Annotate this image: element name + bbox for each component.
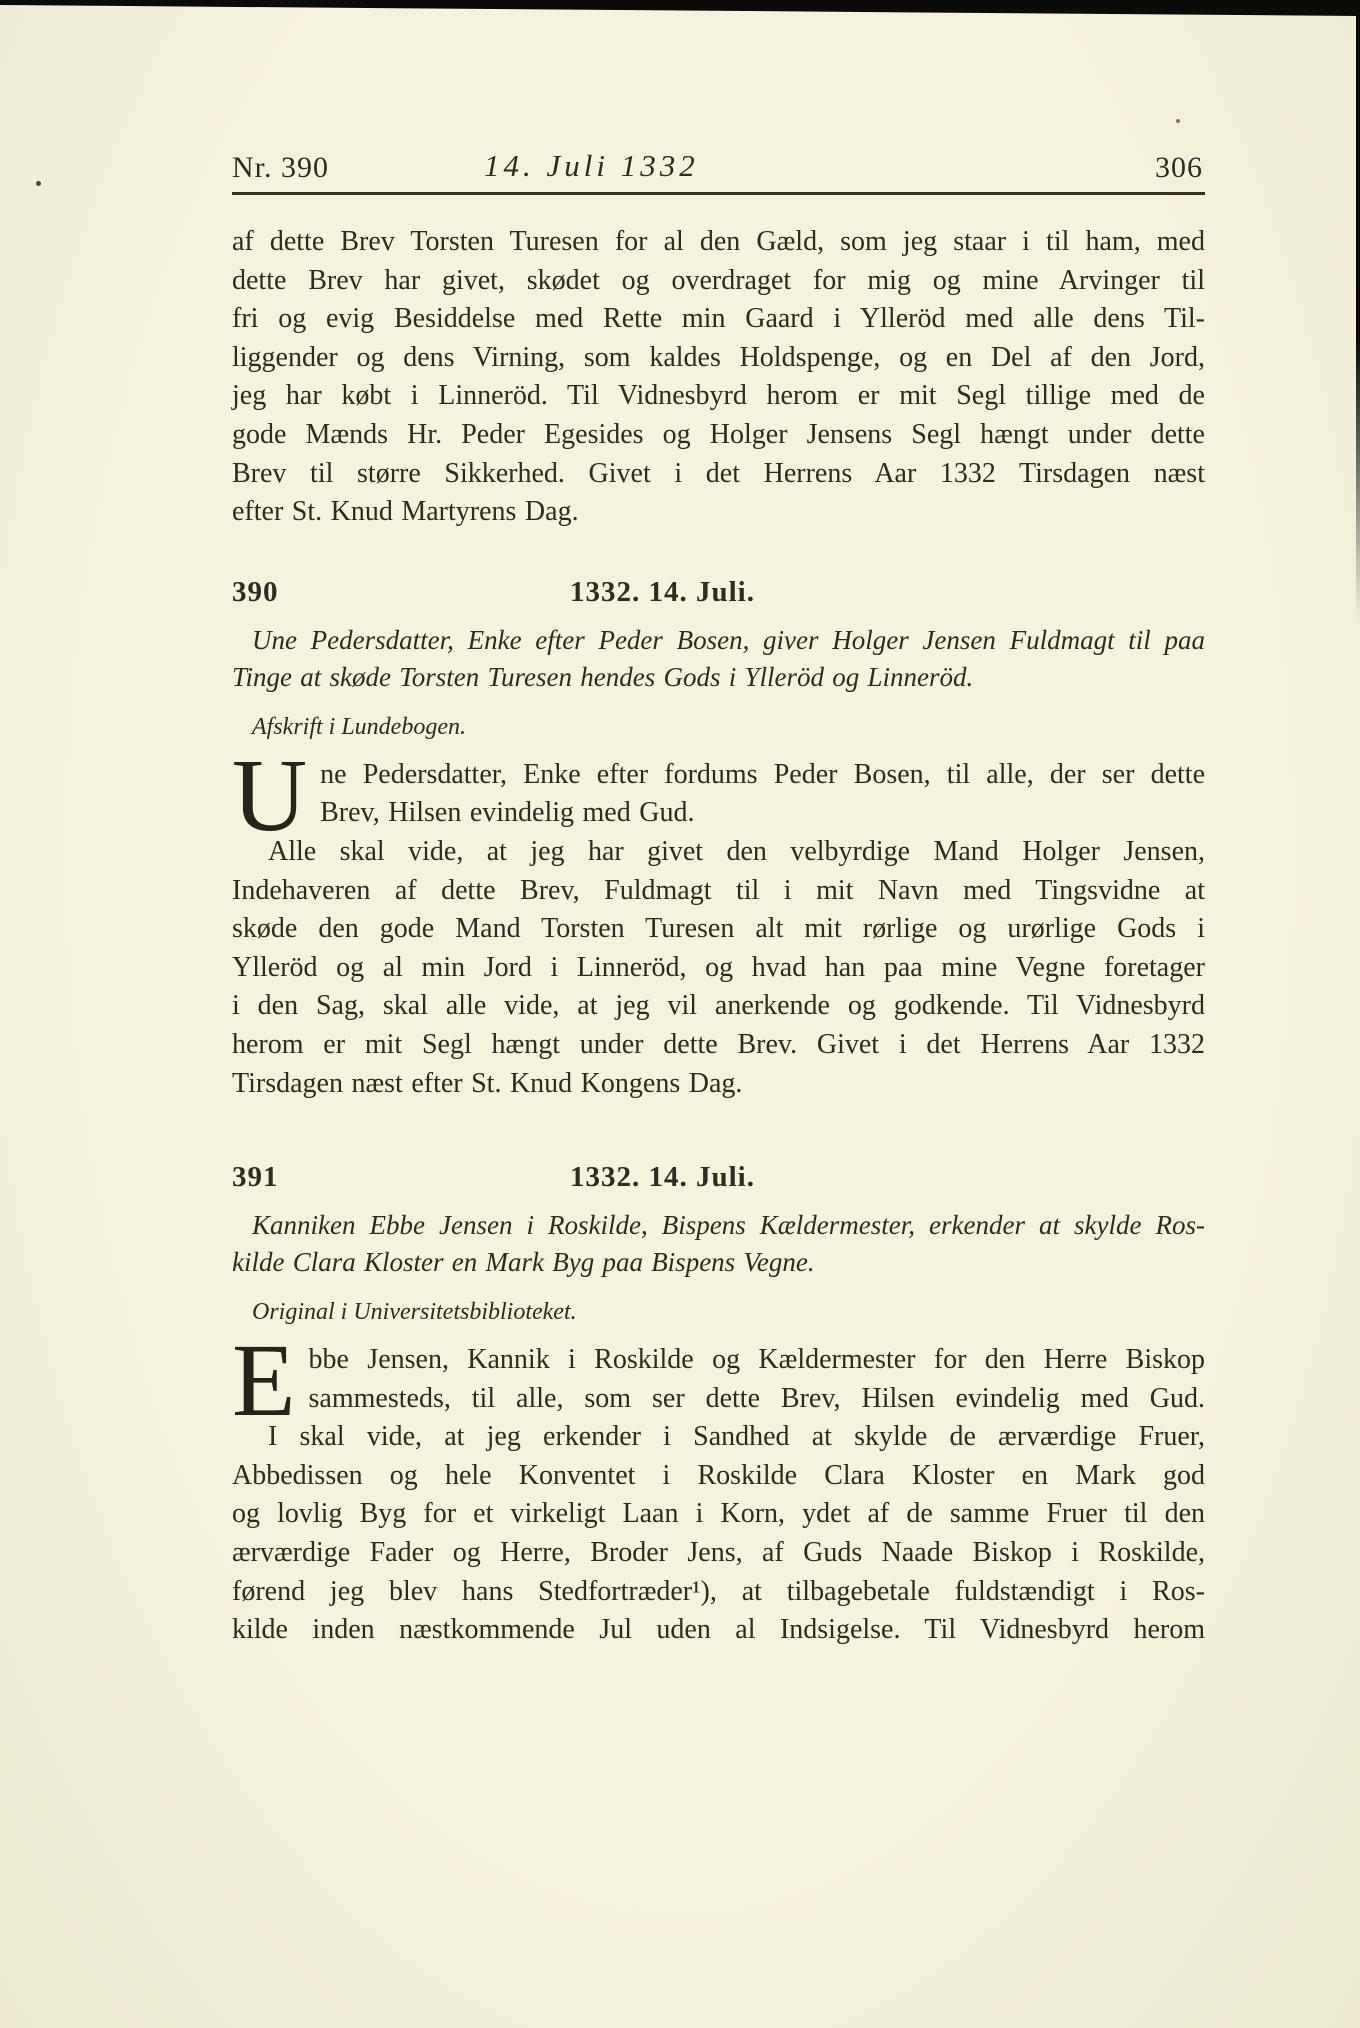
- text-line: sammesteds, til alle, som ser dette Brev…: [232, 1380, 1205, 1419]
- text-line: Alle skal vide, at jeg har givet den vel…: [232, 833, 1205, 872]
- scan-edge-top: [0, 0, 1360, 18]
- entry-390-opening-lines: ne Pedersdatter, Enke efter fordums Pede…: [232, 756, 1205, 833]
- text-line: i den Sag, skal alle vide, at jeg vil an…: [232, 987, 1205, 1026]
- text-line: Brev, Hilsen evindelig med Gud.: [232, 794, 1205, 833]
- entry-391-paragraph: I skal vide, at jeg erkender i Sandhed a…: [232, 1418, 1205, 1650]
- entry-391-regest: Kanniken Ebbe Jensen i Roskilde, Bispens…: [232, 1207, 1205, 1281]
- entry-390-heading: 390 1332. 14. Juli.: [232, 574, 1205, 612]
- text-column: Nr. 390 14. Juli 1332 306 af dette Brev …: [232, 152, 1205, 1650]
- page-number: 306: [1155, 152, 1203, 184]
- entry-390-body: U ne Pedersdatter, Enke efter fordums Pe…: [232, 756, 1205, 1103]
- text-line: herom er mit Segl hængt under dette Brev…: [232, 1026, 1205, 1065]
- running-head-entry-number: Nr. 390: [232, 152, 329, 184]
- text-line: Tirsdagen næst efter St. Knud Kongens Da…: [232, 1065, 1205, 1104]
- text-line: liggender og dens Virning, som kaldes Ho…: [232, 339, 1205, 378]
- text-line: gode Mænds Hr. Peder Egesides og Holger …: [232, 416, 1205, 455]
- entry-391-source-note: Original i Universitetsbiblioteket.: [232, 1297, 1205, 1327]
- entry-391-number: 391: [232, 1159, 279, 1195]
- text-line: Ylleröd og al min Jord i Linneröd, og hv…: [232, 949, 1205, 988]
- text-line: ne Pedersdatter, Enke efter fordums Pede…: [232, 756, 1205, 795]
- text-line: førend jeg blev hans Stedfortræder¹), at…: [232, 1573, 1205, 1612]
- entry-391-body: E bbe Jensen, Kannik i Roskilde og Kælde…: [232, 1341, 1205, 1650]
- text-line: skøde den gode Mand Torsten Turesen alt …: [232, 910, 1205, 949]
- text-line: kilde inden næstkommende Jul uden al Ind…: [232, 1611, 1205, 1650]
- entry-391-heading: 391 1332. 14. Juli.: [232, 1159, 1205, 1197]
- scanned-book-page: Nr. 390 14. Juli 1332 306 af dette Brev …: [0, 0, 1360, 2028]
- text-line: Brev til større Sikkerhed. Givet i det H…: [232, 455, 1205, 494]
- drop-cap-U: U: [232, 759, 307, 833]
- text-line: af dette Brev Torsten Turesen for al den…: [232, 223, 1205, 262]
- text-line: jeg har købt i Linneröd. Til Vidnesbyrd …: [232, 377, 1205, 416]
- text-line: Indehaveren af dette Brev, Fuldmagt til …: [232, 872, 1205, 911]
- paper-speck: [1176, 119, 1180, 123]
- paper-speck: [36, 181, 41, 186]
- text-line: Kanniken Ebbe Jensen i Roskilde, Bispens…: [232, 1207, 1205, 1244]
- text-line: efter St. Knud Martyrens Dag.: [232, 493, 1205, 532]
- text-line: og lovlig Byg for et virkeligt Laan i Ko…: [232, 1495, 1205, 1534]
- text-line: ærværdige Fader og Herre, Broder Jens, a…: [232, 1534, 1205, 1573]
- entry-391-opening-lines: bbe Jensen, Kannik i Roskilde og Kælderm…: [232, 1341, 1205, 1418]
- text-line: Abbedissen og hele Konventet i Roskilde …: [232, 1457, 1205, 1496]
- text-line: I skal vide, at jeg erkender i Sandhed a…: [232, 1418, 1205, 1457]
- text-line: Tinge at skøde Torsten Turesen hendes Go…: [232, 659, 1205, 696]
- entry-391-opening: E bbe Jensen, Kannik i Roskilde og Kælde…: [232, 1341, 1205, 1418]
- drop-cap-E: E: [232, 1344, 296, 1418]
- entry-391-date: 1332. 14. Juli.: [232, 1159, 1205, 1195]
- text-line: kilde Clara Kloster en Mark Byg paa Bisp…: [232, 1244, 1205, 1281]
- entry-390-number: 390: [232, 574, 279, 610]
- running-head: Nr. 390 14. Juli 1332 306: [232, 152, 1205, 195]
- entry-390-opening: U ne Pedersdatter, Enke efter fordums Pe…: [232, 756, 1205, 833]
- entry-390-regest: Une Pedersdatter, Enke efter Peder Bosen…: [232, 622, 1205, 696]
- entry-390-paragraph: Alle skal vide, at jeg har givet den vel…: [232, 833, 1205, 1103]
- scan-edge-right: [1356, 0, 1360, 620]
- entry-390-date: 1332. 14. Juli.: [232, 574, 1205, 610]
- intro-paragraph-continuation: af dette Brev Torsten Turesen for al den…: [232, 223, 1205, 532]
- text-line: fri og evig Besiddelse med Rette min Gaa…: [232, 300, 1205, 339]
- text-line: Une Pedersdatter, Enke efter Peder Bosen…: [232, 622, 1205, 659]
- text-line: bbe Jensen, Kannik i Roskilde og Kælderm…: [232, 1341, 1205, 1380]
- entry-390-source-note: Afskrift i Lundebogen.: [232, 712, 1205, 742]
- text-line: dette Brev har givet, skødet og overdrag…: [232, 262, 1205, 301]
- running-head-date: 14. Juli 1332: [484, 150, 699, 182]
